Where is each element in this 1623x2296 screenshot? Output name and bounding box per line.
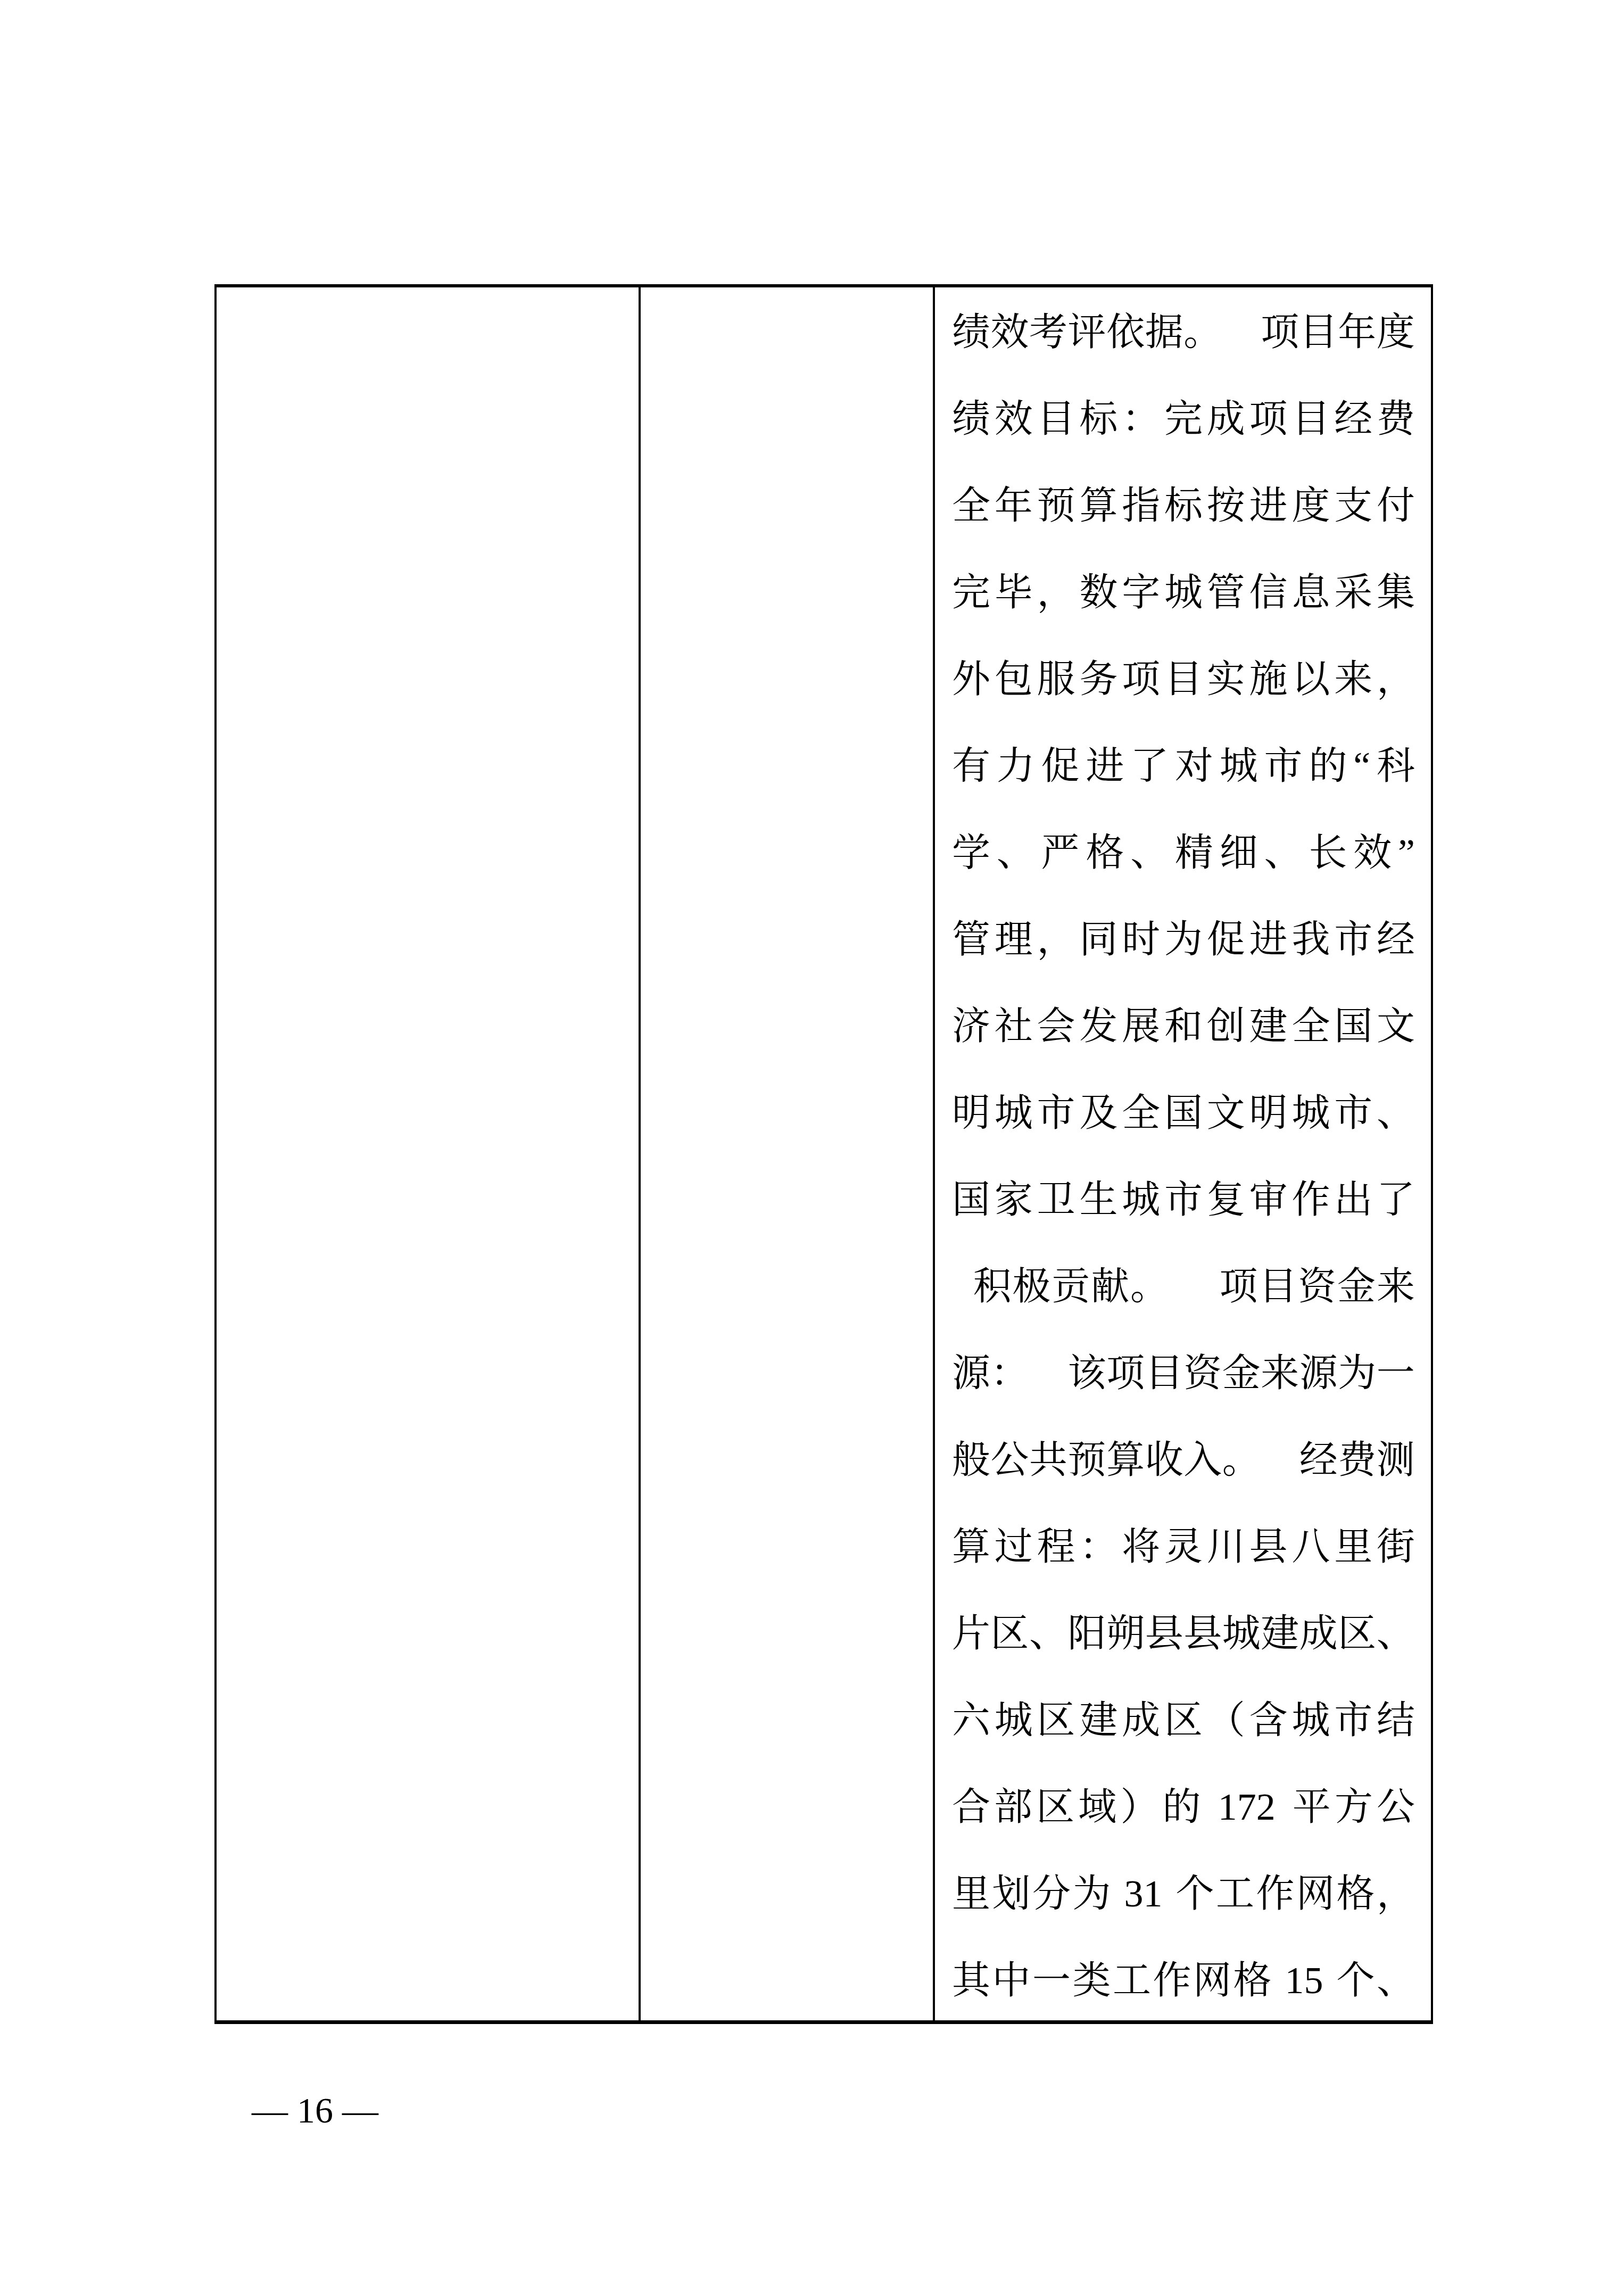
text-token: 中 (992, 1937, 1031, 2020)
text-line: 绩效考评依据。 项目年度 (952, 289, 1415, 376)
text-token: 国 (952, 1157, 990, 1243)
text-token: 15 (1285, 1937, 1323, 2020)
text-token: 进 (1086, 723, 1124, 810)
text-token: 对 (1175, 723, 1213, 810)
text-token: 标 (1079, 376, 1117, 462)
text-token: 成 (1122, 1677, 1160, 1764)
text-token: 全 (1122, 1070, 1160, 1157)
text-token: 费 (1377, 376, 1415, 462)
text-token: 城 (1122, 1157, 1160, 1243)
text-token (952, 1243, 962, 1330)
text-token: 生 (1079, 1157, 1117, 1243)
text-token: ： (991, 1330, 1029, 1417)
text-token: 作 (1256, 1851, 1294, 1937)
text-token: 出 (1334, 1157, 1372, 1243)
text-token: 同 (1079, 896, 1117, 983)
text-token: 片 (952, 1590, 990, 1677)
text-token: 效 (991, 289, 1029, 376)
text-token: 作 (1291, 1157, 1330, 1243)
text-token: 成 (1207, 376, 1245, 462)
text-line: 源： 该项目资金来源为一 (952, 1330, 1415, 1417)
text-token: 城 (1291, 1070, 1330, 1157)
text-token: 项 (1220, 1243, 1258, 1330)
text-token: 贡 (1051, 1243, 1090, 1330)
text-token: 部 (994, 1764, 1032, 1851)
text-line: 里划分为 31 个工作网格， (952, 1851, 1415, 1937)
text-token: 八 (1291, 1504, 1330, 1590)
text-token: 进 (1249, 896, 1288, 983)
text-line: 六城区建成区（含城市结 (952, 1677, 1415, 1764)
text-token: 将 (1122, 1504, 1160, 1590)
text-token: 理 (995, 896, 1033, 983)
text-token: 绩 (952, 289, 990, 376)
text-token: 项 (1261, 289, 1299, 376)
text-token: 科 (1377, 723, 1415, 810)
text-token: 务 (1079, 636, 1117, 723)
text-token (1222, 289, 1261, 376)
text-token: 经 (1334, 376, 1372, 462)
text-token: 效 (1353, 810, 1392, 896)
text-token: 来 (1377, 1243, 1415, 1330)
text-token: 过 (995, 1504, 1033, 1590)
text-token (1164, 1851, 1174, 1937)
text-token: 依 (1106, 289, 1145, 376)
text-token: 的 (1162, 1764, 1200, 1851)
text-token: 息 (1291, 549, 1330, 636)
text-token: 源 (1299, 1330, 1338, 1417)
text-token: 其 (952, 1937, 990, 2020)
text-token: 灵 (1164, 1504, 1203, 1590)
text-token: 施 (1249, 636, 1288, 723)
text-token: 金 (1337, 1243, 1376, 1330)
text-token: 来 (1261, 1330, 1299, 1417)
text-token: 标 (1164, 462, 1203, 549)
text-token: 、 (1377, 1070, 1415, 1157)
text-token: 目 (1037, 376, 1075, 462)
text-token: 含 (1249, 1677, 1288, 1764)
text-token: 外 (952, 636, 990, 723)
text-token: 、 (1264, 810, 1303, 896)
text-token: 指 (1122, 462, 1160, 549)
text-token: 年 (995, 462, 1033, 549)
text-token: 、 (1029, 1590, 1067, 1677)
text-token: 会 (1037, 983, 1075, 1070)
text-token: 市 (1334, 1070, 1372, 1157)
text-token (1273, 1937, 1283, 2020)
text-token: 力 (997, 723, 1035, 810)
text-token: 格 (1086, 810, 1124, 896)
text-token: 了 (1130, 723, 1169, 810)
text-token: 展 (1122, 983, 1160, 1070)
text-token: 区 (1338, 1590, 1376, 1677)
text-token (1279, 1764, 1289, 1851)
text-token (1170, 1243, 1208, 1330)
text-token: 城 (1222, 1590, 1261, 1677)
text-token: 公 (1377, 1764, 1415, 1851)
text-token: 支 (1334, 462, 1372, 549)
text-token: 项 (1106, 1330, 1145, 1417)
text-token: 。 (1130, 1243, 1169, 1330)
text-token: 该 (1068, 1330, 1106, 1417)
text-token: 区 (1164, 1677, 1203, 1764)
text-token: 结 (1377, 1677, 1415, 1764)
text-token: 个 (1175, 1851, 1214, 1937)
text-token: 城 (1164, 549, 1203, 636)
text-token: 付 (1377, 462, 1415, 549)
text-token: 目 (1291, 376, 1330, 462)
text-token: 按 (1207, 462, 1245, 549)
text-token: 算 (952, 1504, 990, 1590)
text-token: 精 (1175, 810, 1213, 896)
text-token: 全 (952, 462, 990, 549)
text-token: 采 (1334, 549, 1372, 636)
text-line: 管理，同时为促进我市经 (952, 896, 1415, 983)
text-token (1029, 1330, 1067, 1417)
text-token: 城 (1220, 723, 1258, 810)
text-token (1325, 1937, 1335, 2020)
text-token: 里 (952, 1851, 990, 1937)
text-token: 审 (1249, 1157, 1288, 1243)
text-token: 发 (1079, 983, 1117, 1070)
text-token: 预 (1068, 1417, 1106, 1504)
text-token: 建 (1079, 1677, 1117, 1764)
text-token: 、 (997, 810, 1035, 896)
text-token: 字 (1122, 549, 1160, 636)
text-token (1113, 1851, 1122, 1937)
text-token: ， (1037, 549, 1075, 636)
text-token (963, 1243, 972, 1330)
text-token: 以 (1291, 636, 1330, 723)
text-token: 域 (1078, 1764, 1116, 1851)
text-token: 了 (1377, 1157, 1415, 1243)
text-token: 来 (1334, 636, 1372, 723)
text-token: 目 (1299, 289, 1338, 376)
text-token: 据 (1145, 289, 1183, 376)
text-token: 阳 (1068, 1590, 1106, 1677)
table-cell-empty-2 (641, 287, 935, 2020)
text-token: 的 (1309, 723, 1347, 810)
document-page: 绩效考评依据。 项目年度绩效目标：完成项目经费全年预算指标按进度支付完毕，数字城… (0, 0, 1623, 2296)
text-token: 预 (1037, 462, 1075, 549)
text-token: 创 (1207, 983, 1245, 1070)
text-token: 县 (1183, 1590, 1222, 1677)
text-token: 。 (1222, 1417, 1261, 1504)
text-line: 全年预算指标按进度支付 (952, 462, 1415, 549)
text-token: 方 (1335, 1764, 1373, 1851)
text-line: 其中一类工作网格 15 个、 (952, 1937, 1415, 2020)
text-token: 分 (1032, 1851, 1071, 1937)
table-cell-description: 绩效考评依据。 项目年度绩效目标：完成项目经费全年预算指标按进度支付完毕，数字城… (935, 287, 1433, 2020)
text-token: 度 (1377, 289, 1415, 376)
text-line: 国家卫生城市复审作出了 (952, 1157, 1415, 1243)
text-token: 区 (1036, 1764, 1074, 1851)
text-token: 市 (1264, 723, 1303, 810)
text-token: 般 (952, 1417, 990, 1504)
text-token: 类 (1073, 1937, 1111, 2020)
text-token: 为 (1073, 1851, 1111, 1937)
text-token: 献 (1091, 1243, 1129, 1330)
text-token: 进 (1249, 462, 1288, 549)
text-token: 算 (1106, 1417, 1145, 1504)
text-token: 城 (995, 1070, 1033, 1157)
text-token: 、 (1377, 1937, 1415, 2020)
text-line: 明城市及全国文明城市、 (952, 1070, 1415, 1157)
text-token: 为 (1338, 1330, 1376, 1417)
text-line: 算过程：将灵川县八里街 (952, 1504, 1415, 1590)
text-token: 算 (1079, 462, 1117, 549)
text-line: 积极贡献。 项目资金来 (952, 1243, 1415, 1330)
text-token: 目 (1145, 1330, 1183, 1417)
text-token (1205, 1764, 1214, 1851)
text-token: 目 (1164, 636, 1203, 723)
text-token: 城 (995, 1677, 1033, 1764)
text-token: 完 (952, 549, 990, 636)
text-token: 有 (952, 723, 990, 810)
text-line: 学、严格、精细、长效” (952, 810, 1415, 896)
text-token: 金 (1222, 1330, 1261, 1417)
text-token: 六 (952, 1677, 990, 1764)
text-token: 我 (1291, 896, 1330, 983)
text-line: 外包服务项目实施以来， (952, 636, 1415, 723)
text-token: 市 (1164, 1157, 1203, 1243)
text-token: 一 (1377, 1330, 1415, 1417)
text-token: 。 (1183, 289, 1222, 376)
text-token: 172 (1218, 1764, 1276, 1851)
text-token: ） (1120, 1764, 1158, 1851)
text-token: 网 (1193, 1937, 1231, 2020)
text-token: ： (1122, 376, 1160, 462)
text-token: 、 (1377, 1590, 1415, 1677)
text-token: 家 (995, 1157, 1033, 1243)
text-token: 明 (952, 1070, 990, 1157)
text-token: 极 (1013, 1243, 1051, 1330)
cell-text-lines: 绩效考评依据。 项目年度绩效目标：完成项目经费全年预算指标按进度支付完毕，数字城… (952, 289, 1415, 2020)
text-token: 格 (1336, 1851, 1374, 1937)
text-token: 资 (1183, 1330, 1222, 1417)
text-line: 有力促进了对城市的“科 (952, 723, 1415, 810)
text-token: ， (1377, 636, 1415, 723)
text-line: 绩效目标：完成项目经费 (952, 376, 1415, 462)
text-token: 评 (1068, 289, 1106, 376)
text-token: 源 (952, 1330, 990, 1417)
budget-table: 绩效考评依据。 项目年度绩效目标：完成项目经费全年预算指标按进度支付完毕，数字城… (214, 284, 1433, 2024)
text-token: 效 (995, 376, 1033, 462)
text-token: 国 (1334, 983, 1372, 1070)
text-token: 建 (1249, 983, 1288, 1070)
text-token: 公 (991, 1417, 1029, 1504)
text-token: 31 (1124, 1851, 1162, 1937)
text-token: 实 (1207, 636, 1245, 723)
text-token: 长 (1309, 810, 1347, 896)
text-line: 济社会发展和创建全国文 (952, 983, 1415, 1070)
text-token: ： (1079, 1504, 1117, 1590)
text-token: 入 (1183, 1417, 1222, 1504)
text-token: 建 (1261, 1590, 1299, 1677)
text-token: 市 (1334, 896, 1372, 983)
text-line: 完毕，数字城管信息采集 (952, 549, 1415, 636)
text-token: 工 (1216, 1851, 1254, 1937)
text-token: 济 (952, 983, 990, 1070)
text-token: 个 (1336, 1937, 1374, 2020)
text-token: 区 (991, 1590, 1029, 1677)
text-token: 测 (1377, 1417, 1415, 1504)
text-token: 为 (1164, 896, 1203, 983)
text-token: 年 (1338, 289, 1376, 376)
text-token: 目 (1258, 1243, 1297, 1330)
text-token: 集 (1377, 549, 1415, 636)
text-token: 经 (1377, 896, 1415, 983)
text-token: 度 (1291, 462, 1330, 549)
text-token: 社 (995, 983, 1033, 1070)
text-token: 严 (1041, 810, 1080, 896)
text-token: 合 (952, 1764, 990, 1851)
text-token: 费 (1338, 1417, 1376, 1504)
text-token: 促 (1041, 723, 1080, 810)
text-token: 细 (1220, 810, 1258, 896)
text-token: “ (1353, 723, 1370, 810)
text-token: 及 (1079, 1070, 1117, 1157)
text-token: 数 (1079, 549, 1117, 636)
text-token: 收 (1145, 1417, 1183, 1504)
text-token: 信 (1249, 549, 1288, 636)
text-token: 复 (1207, 1157, 1245, 1243)
text-token: 川 (1207, 1504, 1245, 1590)
text-token: 管 (952, 896, 990, 983)
text-token: 平 (1293, 1764, 1331, 1851)
text-token: 文 (1377, 983, 1415, 1070)
text-token: 文 (1207, 1070, 1245, 1157)
text-token: 网 (1296, 1851, 1335, 1937)
text-token: 共 (1029, 1417, 1067, 1504)
text-token: ” (1398, 810, 1415, 896)
text-token: 作 (1153, 1937, 1191, 2020)
text-token: 划 (992, 1851, 1031, 1937)
text-token: 管 (1207, 549, 1245, 636)
text-token: 时 (1122, 896, 1160, 983)
text-token: 街 (1377, 1504, 1415, 1590)
text-token: 朔 (1106, 1590, 1145, 1677)
text-token: 完 (1164, 376, 1203, 462)
text-token: 卫 (1037, 1157, 1075, 1243)
text-token: 国 (1164, 1070, 1203, 1157)
text-token: 考 (1029, 289, 1067, 376)
text-token: 一 (1032, 1937, 1071, 2020)
text-token: 里 (1334, 1504, 1372, 1590)
text-token: 程 (1037, 1504, 1075, 1590)
text-token: 资 (1298, 1243, 1336, 1330)
text-token: 和 (1164, 983, 1203, 1070)
text-token: 区 (1037, 1677, 1075, 1764)
text-token: 学 (952, 810, 990, 896)
text-token (1209, 1243, 1219, 1330)
text-token: 城 (1291, 1677, 1330, 1764)
text-token: （ (1207, 1677, 1245, 1764)
text-line: 片区、阳朔县县城建成区、 (952, 1590, 1415, 1677)
text-token: 服 (1037, 636, 1075, 723)
text-token: 县 (1249, 1504, 1288, 1590)
text-token: 促 (1207, 896, 1245, 983)
text-token: 明 (1249, 1070, 1288, 1157)
page-number: — 16 — (252, 2089, 378, 2132)
text-token: 毕 (995, 549, 1033, 636)
text-token: 县 (1145, 1590, 1183, 1677)
text-token: ， (1377, 1851, 1415, 1937)
text-token: 包 (995, 636, 1033, 723)
text-token: 、 (1130, 810, 1169, 896)
text-token: 工 (1113, 1937, 1151, 2020)
text-token: 市 (1037, 1070, 1075, 1157)
table-cell-empty-1 (214, 287, 641, 2020)
text-token: 市 (1334, 1677, 1372, 1764)
text-token: 绩 (952, 376, 990, 462)
text-token: 项 (1249, 376, 1288, 462)
text-token: 经 (1299, 1417, 1338, 1504)
text-token: 积 (973, 1243, 1012, 1330)
text-token: 全 (1291, 983, 1330, 1070)
text-line: 合部区域）的 172 平方公 (952, 1764, 1415, 1851)
text-token (1261, 1417, 1299, 1504)
text-token: 成 (1299, 1590, 1338, 1677)
text-token: ， (1037, 896, 1075, 983)
text-token: 项 (1122, 636, 1160, 723)
text-line: 般公共预算收入。 经费测 (952, 1417, 1415, 1504)
text-token: 格 (1233, 1937, 1272, 2020)
